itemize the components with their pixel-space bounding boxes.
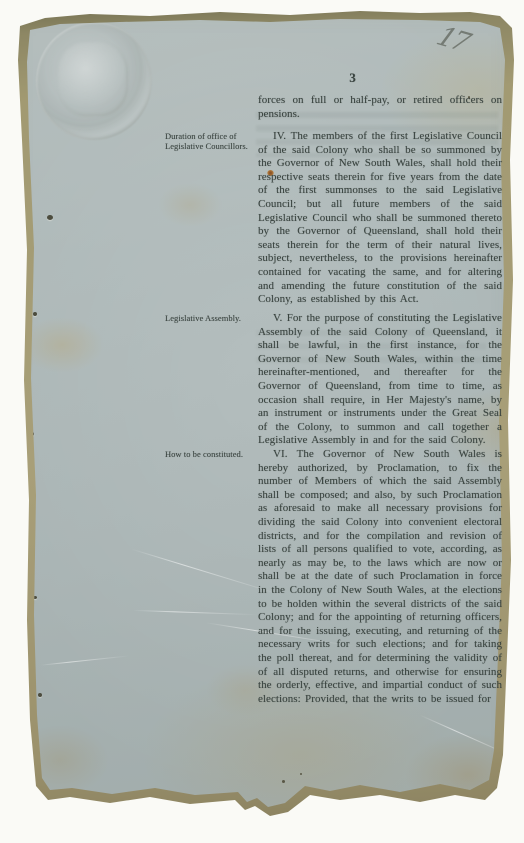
margin-note-section-iv: Duration of office of Legislative Counci… <box>165 132 253 152</box>
paragraph-section-vi: VI. The Governor of New South Wales is h… <box>258 448 502 706</box>
margin-note-section-v: Legislative Assembly. <box>165 314 253 324</box>
paragraph-continuation: forces on full or half-pay, or retired o… <box>258 94 502 121</box>
printed-text: 3 forces on full or half-pay, or retired… <box>0 0 524 843</box>
paragraph-continuation-block: forces on full or half-pay, or retired o… <box>258 94 502 121</box>
paragraph-section-v: V. For the purpose of constituting the L… <box>258 312 502 448</box>
section-vi-block: How to be constituted. VI. The Governor … <box>258 448 502 706</box>
section-iv-block: Duration of office of Legislative Counci… <box>258 130 502 307</box>
scanned-document-page: 17 3 forces on full or half-pay, or reti… <box>0 0 524 843</box>
page-number: 3 <box>257 70 449 86</box>
margin-note-section-vi: How to be constituted. <box>165 450 253 460</box>
paragraph-section-iv: IV. The members of the first Legislative… <box>258 130 502 307</box>
section-v-block: Legislative Assembly. V. For the purpose… <box>258 312 502 448</box>
